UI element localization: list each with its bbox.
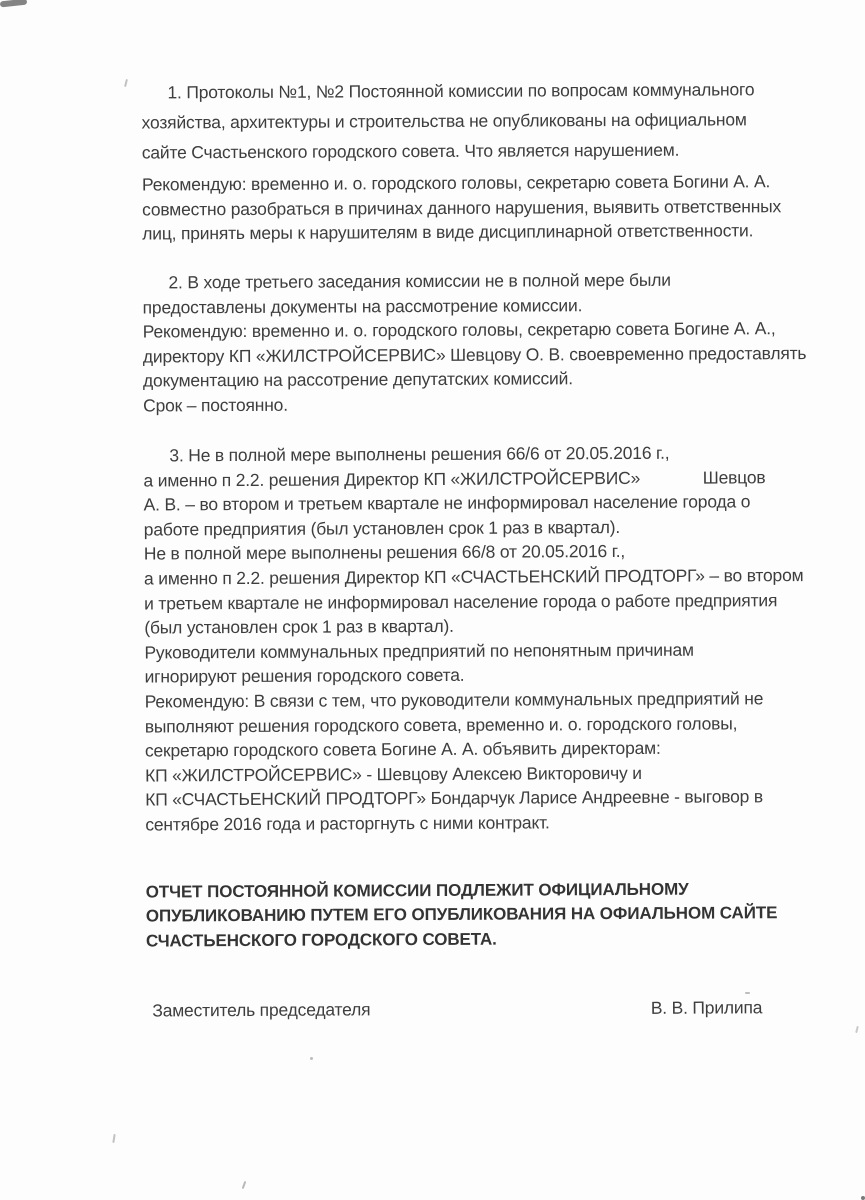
text-line: а именно п 2.2. решения Директор КП «СЧА… [144,563,766,591]
paragraph-item-1-recommendation: Рекомендую: временно и. о. городского го… [142,169,764,246]
text-line: документацию на рассотрение депутатских … [143,366,765,394]
text-line: 3. Не в полной мере выполнены решения 66… [143,440,765,468]
text-line: предоставлены документы на рассмотрение … [143,292,765,320]
scan-speck [310,1057,313,1060]
text-line-right: Шевцов [703,465,766,490]
text-line: 1. Протоколы №1, №2 Постоянной комиссии … [141,74,763,107]
text-line: совместно разобраться в причинах данного… [142,194,764,222]
text-line: Рекомендую: временно и. о. городского го… [142,169,764,197]
text-line: (был установлен срок 1 раз в квартал). [144,612,766,640]
text-line: хозяйства, архитектуры и строительства н… [142,104,764,137]
text-line: ОТЧЕТ ПОСТОЯННОЙ КОМИССИИ ПОДЛЕЖИТ ОФИЦИ… [146,877,768,905]
text-line: 2. В ходе третьего заседания комиссии не… [142,267,764,295]
text-line: работе предприятия (был установлен срок … [144,514,766,542]
text-line: А. В. – во втором и третьем квартале не … [144,489,766,517]
text-line: директору КП «ЖИЛСТРОЙСЕРВИС» Шевцову О.… [143,341,765,369]
document-text-layer: 1. Протоколы №1, №2 Постоянной комиссии … [0,0,865,1200]
signature-name: В. В. Прилипа [651,997,763,1019]
text-line: ОПУБЛИКОВАНИЮ ПУТЕМ ЕГО ОПУБЛИКОВАНИЯ НА… [146,902,768,930]
text-line: Рекомендую: В связи с тем, что руководит… [145,686,767,714]
signature-role: Заместитель председателя [152,999,370,1021]
paragraph-item-2: 2. В ходе третьего заседания комиссии не… [142,267,765,418]
text-line: а именно п 2.2. решения Директор КП «ЖИЛ… [143,465,765,493]
text-line: сайте Счастьенского городского совета. Ч… [142,134,764,167]
scan-speck [861,1196,865,1200]
text-line: секретарю городского совета Богине А. А.… [145,735,767,763]
text-line: сентябре 2016 года и расторгнуть с ними … [145,809,767,837]
text-line: Не в полной мере выполнены решения 66/8 … [144,539,766,567]
text-line: Срок – постоянно. [143,390,765,418]
text-line: КП «ЖИЛСТРОЙСЕРВИС» - Шевцову Алексею Ви… [145,760,767,788]
text-line: Руководители коммунальных предприятий по… [144,637,766,665]
publication-note: ОТЧЕТ ПОСТОЯННОЙ КОМИССИИ ПОДЛЕЖИТ ОФИЦИ… [146,877,768,953]
text-line: СЧАСТЬЕНСКОГО ГОРОДСКОГО СОВЕТА. [146,926,768,954]
text-line: выполняют решения городского совета, вре… [145,711,767,739]
signature-row: Заместитель председателя В. В. Прилипа [152,997,762,1021]
paragraph-item-3: 3. Не в полной мере выполнены решения 66… [143,440,767,837]
paragraph-item-1: 1. Протоколы №1, №2 Постоянной комиссии … [141,74,763,167]
text-line: игнорируют решения городского совета. [144,662,766,690]
text-line: Рекомендую: временно и. о. городского го… [143,316,765,344]
text-line: лиц, принять меры к нарушителям в виде д… [142,218,764,246]
text-line-left: а именно п 2.2. решения Директор КП «ЖИЛ… [143,466,640,493]
scan-speck [745,992,750,994]
text-line: и третьем квартале не информировал насел… [144,588,766,616]
scanned-document-page: 1. Протоколы №1, №2 Постоянной комиссии … [0,0,865,1200]
text-line: КП «СЧАСТЬЕНСКИЙ ПРОДТОРГ» Бондарчук Лар… [145,785,767,813]
